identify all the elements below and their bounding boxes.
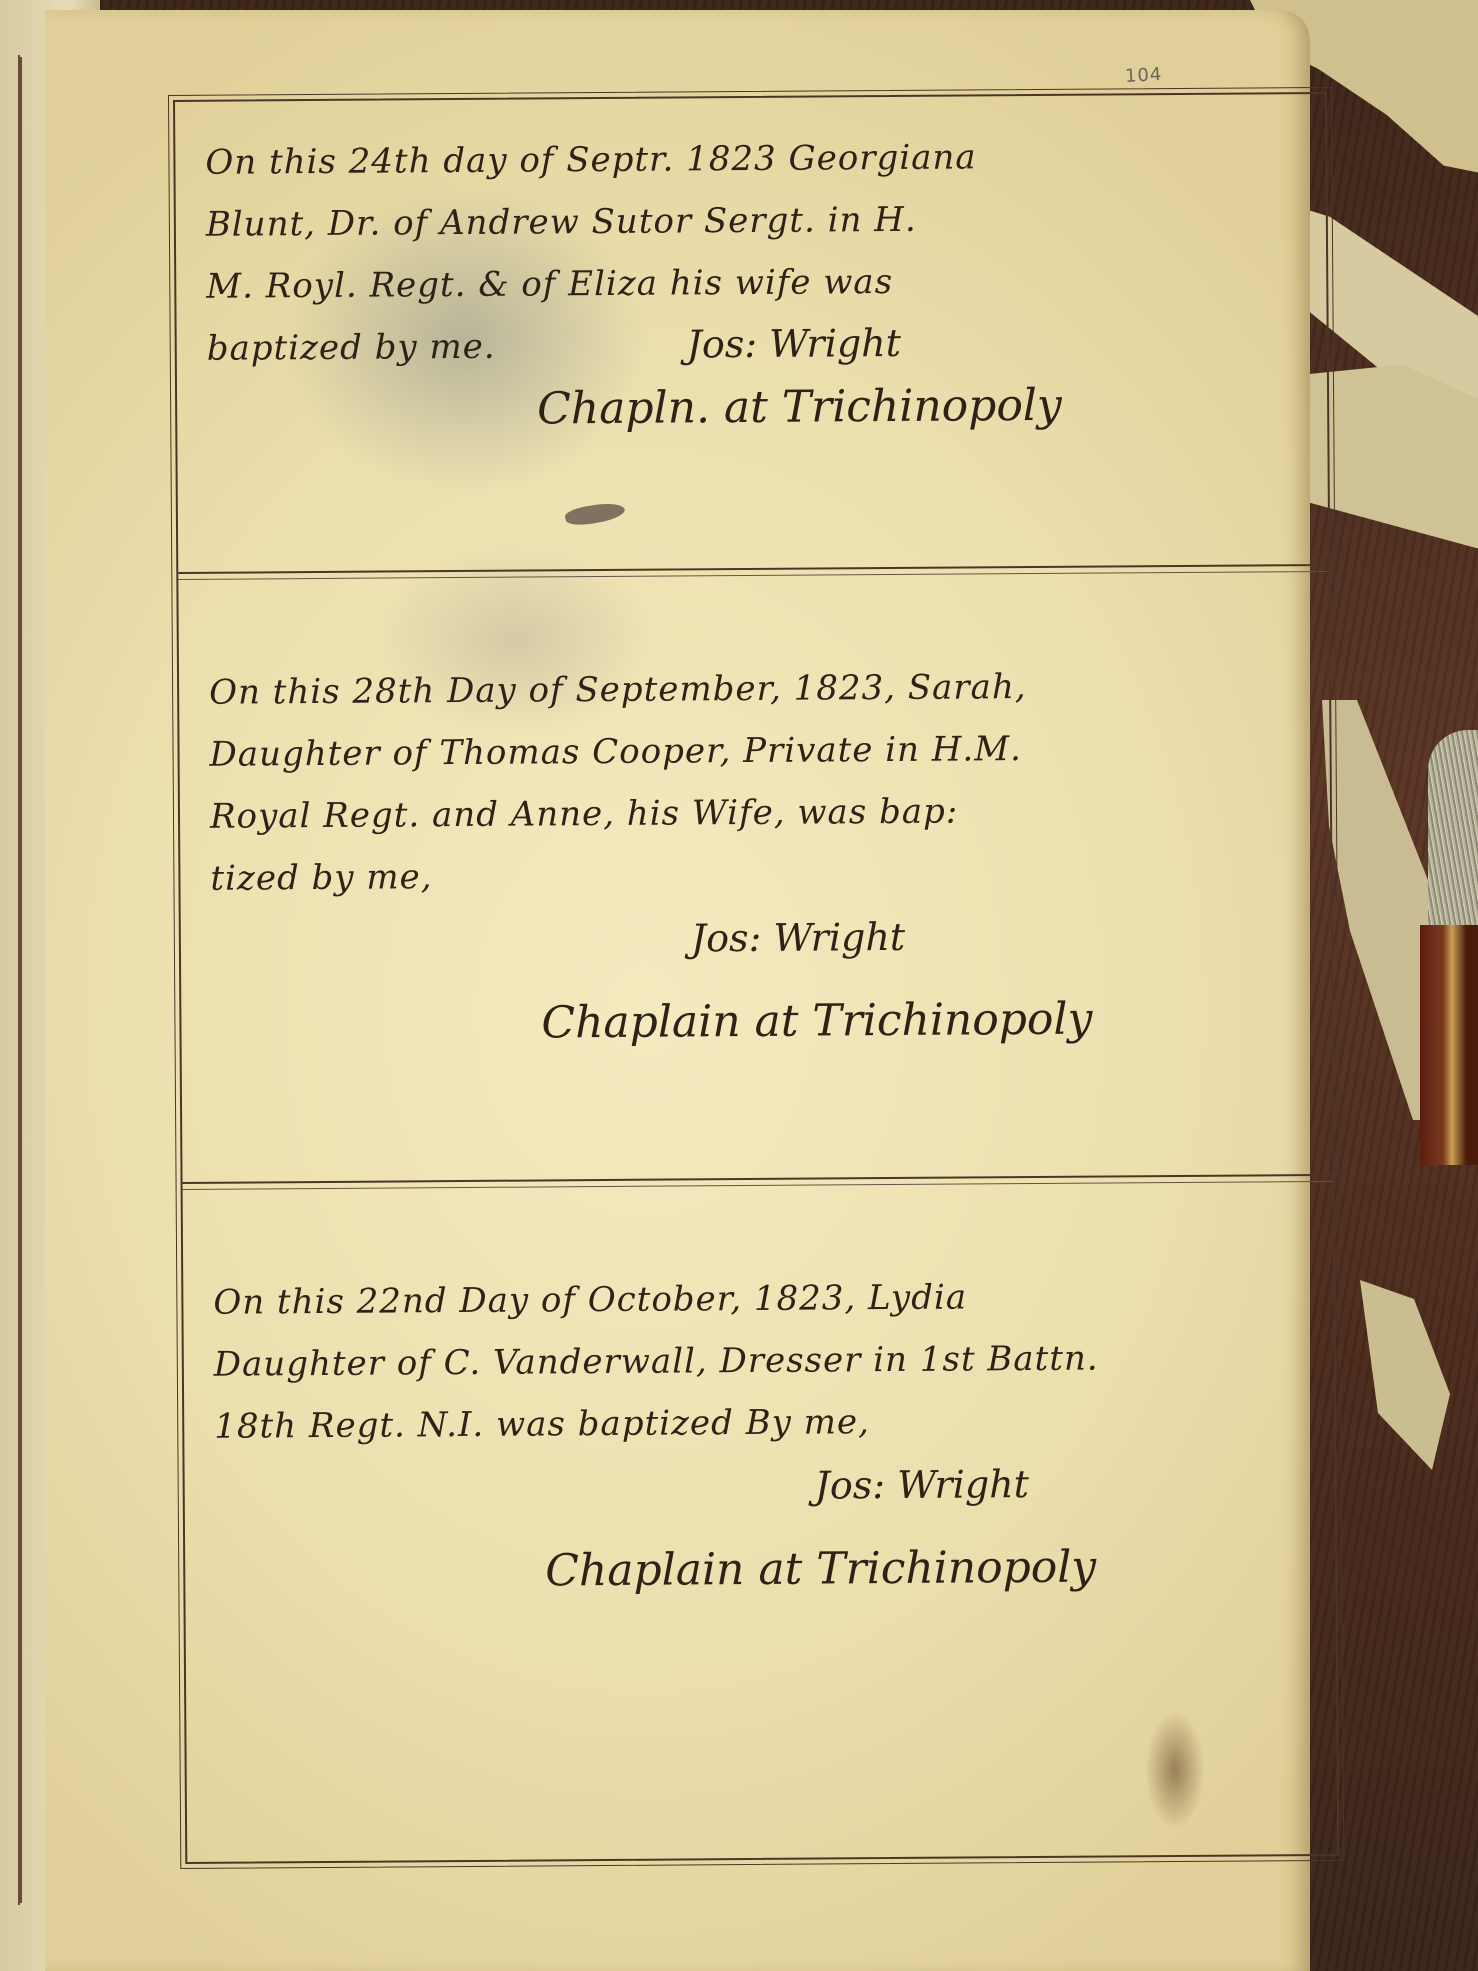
register-page: 104 On this 24th day of Septr. 1823 Geor… [45,10,1310,1971]
page-number: 104 [1124,64,1162,87]
baptism-entry-2: On this 28th Day of September, 1823, Sar… [209,654,1292,1058]
entry-line: On this 22nd Day of October, 1823, Lydia [213,1264,1293,1334]
baptism-entry-3: On this 22nd Day of October, 1823, Lydia… [213,1264,1295,1606]
entry-line: tized by me, [210,840,1290,910]
entry-line: Royal Regt. and Anne, his Wife, was bap: [210,778,1290,848]
entry-line: Daughter of C. Vanderwall, Dresser in 1s… [214,1326,1294,1396]
entry-line: On this 28th Day of September, 1823, Sar… [209,654,1289,724]
left-page-rule [0,55,20,1905]
entry-line: On this 24th day of Septr. 1823 Georgian… [205,124,1285,194]
signature-name: Jos: Wright [211,902,1291,974]
signature-title: Chaplain at Trichinopoly [211,986,1291,1058]
entry-line: 18th Regt. N.I. was baptized By me, [214,1388,1294,1458]
brush-ferrule [1420,925,1478,1165]
entry-divider [183,1174,1333,1184]
entry-line: Daughter of Thomas Cooper, Private in H.… [209,716,1289,786]
ruled-frame: On this 24th day of Septr. 1823 Georgian… [173,92,1339,1864]
baptism-entry-1: On this 24th day of Septr. 1823 Georgian… [205,124,1287,444]
water-stain [1145,1710,1205,1830]
signature-title: Chapln. at Trichinopoly [207,372,1287,444]
signature-name: Jos: Wright [214,1450,1294,1522]
entry-divider [178,564,1328,574]
cleaning-brush-icon [1420,730,1478,1150]
entry-line: M. Royl. Regt. & of Eliza his wife was [206,248,1286,318]
signature-title: Chaplain at Trichinopoly [215,1534,1295,1606]
entry-line: Blunt, Dr. of Andrew Sutor Sergt. in H. [206,186,1286,256]
brush-bristles [1428,730,1478,930]
